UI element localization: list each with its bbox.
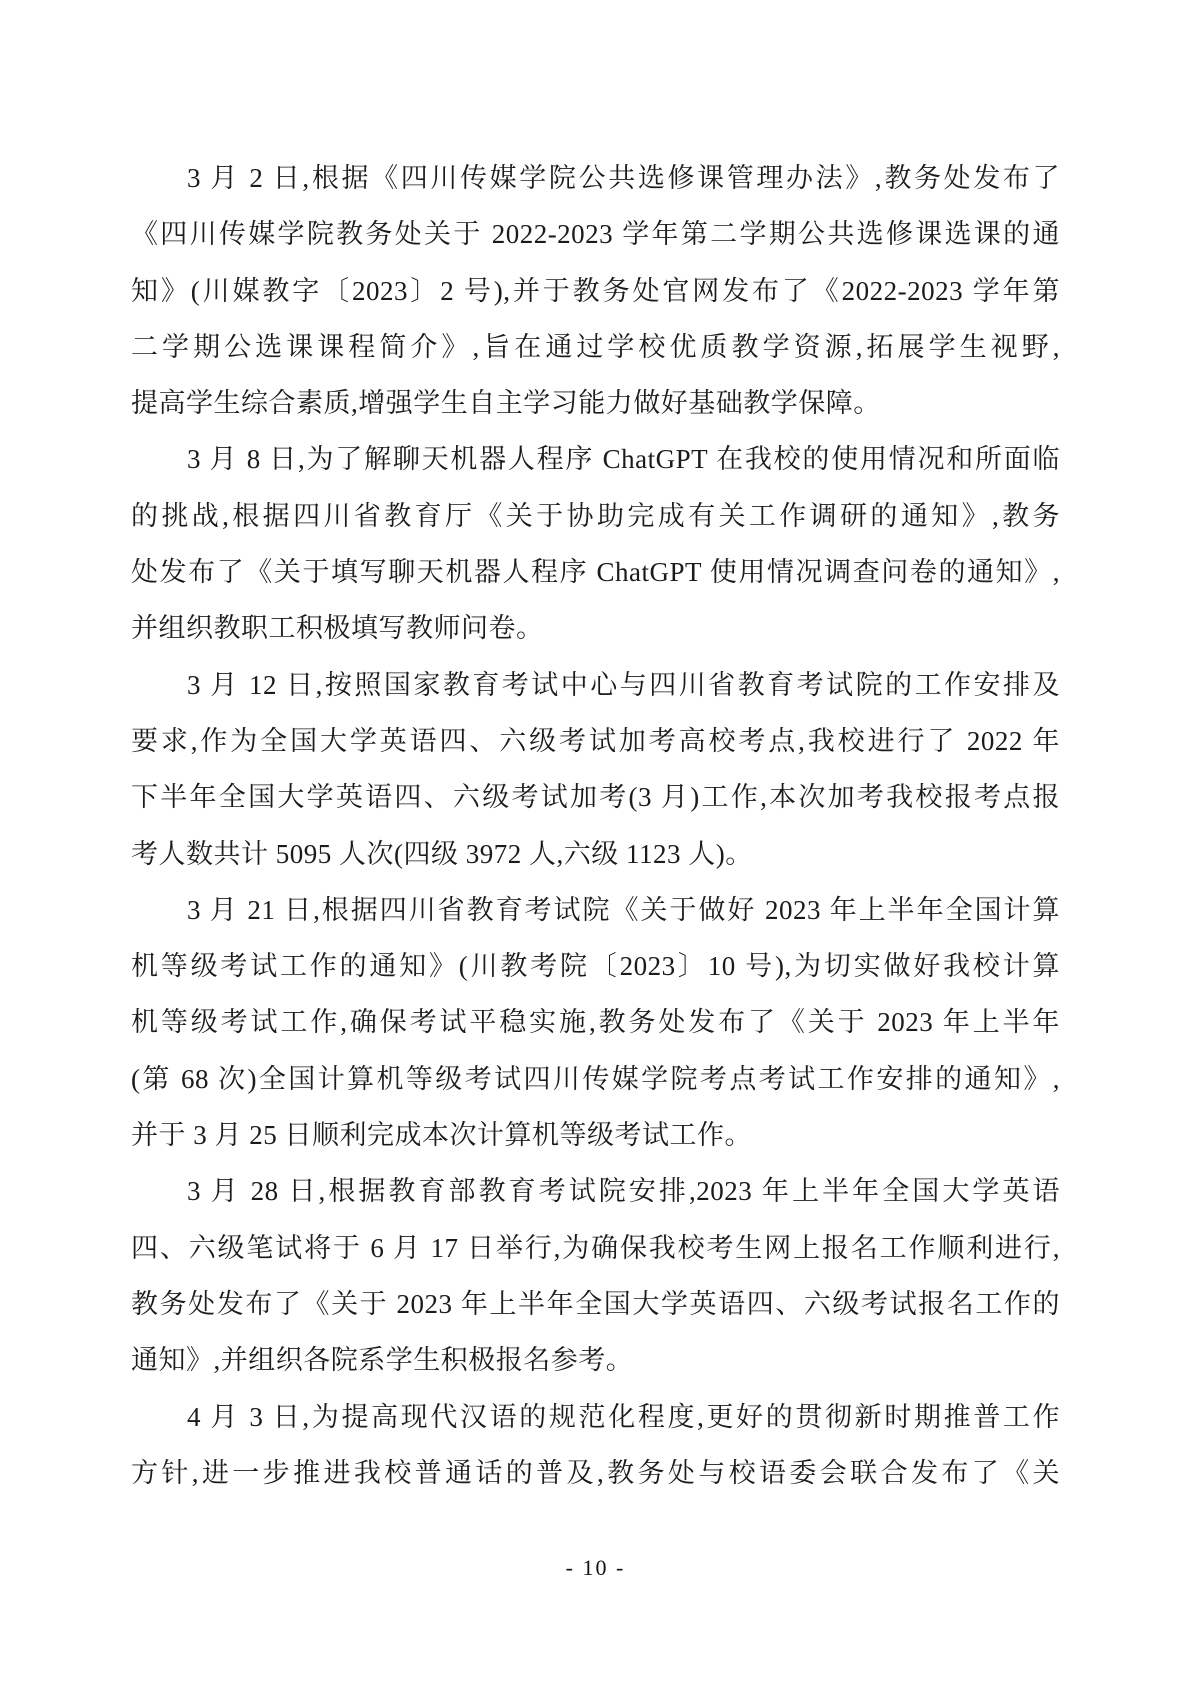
text-line: 知》(川媒教字〔2023〕2 号),并于教务处官网发布了《2022-2023 学…: [131, 263, 1060, 319]
text-line: 并于 3 月 25 日顺利完成本次计算机等级考试工作。: [131, 1107, 1060, 1163]
text-line: 机等级考试工作的通知》(川教考院〔2023〕10 号),为切实做好我校计算: [131, 938, 1060, 994]
paragraph: 3 月 28 日,根据教育部教育考试院安排,2023 年上半年全国大学英语 四、…: [131, 1163, 1060, 1388]
text-line: 4 月 3 日,为提高现代汉语的规范化程度,更好的贯彻新时期推普工作: [131, 1389, 1060, 1445]
text-line: 机等级考试工作,确保考试平稳实施,教务处发布了《关于 2023 年上半年: [131, 994, 1060, 1050]
text-line: (第 68 次)全国计算机等级考试四川传媒学院考点考试工作安排的通知》,: [131, 1051, 1060, 1107]
document-page: 3 月 2 日,根据《四川传媒学院公共选修课管理办法》,教务处发布了 《四川传媒…: [0, 0, 1191, 1684]
text-line: 《四川传媒学院教务处关于 2022-2023 学年第二学期公共选修课选课的通: [131, 206, 1060, 262]
document-body: 3 月 2 日,根据《四川传媒学院公共选修课管理办法》,教务处发布了 《四川传媒…: [131, 150, 1060, 1501]
text-line: 的挑战,根据四川省教育厅《关于协助完成有关工作调研的通知》,教务: [131, 488, 1060, 544]
text-line: 3 月 2 日,根据《四川传媒学院公共选修课管理办法》,教务处发布了: [131, 150, 1060, 206]
text-line: 方针,进一步推进我校普通话的普及,教务处与校语委会联合发布了《关: [131, 1445, 1060, 1501]
paragraph: 3 月 2 日,根据《四川传媒学院公共选修课管理办法》,教务处发布了 《四川传媒…: [131, 150, 1060, 431]
text-line: 考人数共计 5095 人次(四级 3972 人,六级 1123 人)。: [131, 826, 1060, 882]
paragraph: 3 月 21 日,根据四川省教育考试院《关于做好 2023 年上半年全国计算 机…: [131, 882, 1060, 1163]
text-line: 3 月 8 日,为了解聊天机器人程序 ChatGPT 在我校的使用情况和所面临: [131, 431, 1060, 487]
page-number: - 10 -: [0, 1552, 1191, 1584]
text-line: 下半年全国大学英语四、六级考试加考(3 月)工作,本次加考我校报考点报: [131, 769, 1060, 825]
text-line: 教务处发布了《关于 2023 年上半年全国大学英语四、六级考试报名工作的: [131, 1276, 1060, 1332]
text-line: 3 月 12 日,按照国家教育考试中心与四川省教育考试院的工作安排及: [131, 657, 1060, 713]
text-line: 3 月 28 日,根据教育部教育考试院安排,2023 年上半年全国大学英语: [131, 1163, 1060, 1219]
text-line: 要求,作为全国大学英语四、六级考试加考高校考点,我校进行了 2022 年: [131, 713, 1060, 769]
text-line: 四、六级笔试将于 6 月 17 日举行,为确保我校考生网上报名工作顺利进行,: [131, 1220, 1060, 1276]
text-line: 处发布了《关于填写聊天机器人程序 ChatGPT 使用情况调查问卷的通知》,: [131, 544, 1060, 600]
text-line: 并组织教职工积极填写教师问卷。: [131, 600, 1060, 656]
text-line: 提高学生综合素质,增强学生自主学习能力做好基础教学保障。: [131, 375, 1060, 431]
text-line: 通知》,并组织各院系学生积极报名参考。: [131, 1332, 1060, 1388]
paragraph: 3 月 8 日,为了解聊天机器人程序 ChatGPT 在我校的使用情况和所面临 …: [131, 431, 1060, 656]
text-line: 3 月 21 日,根据四川省教育考试院《关于做好 2023 年上半年全国计算: [131, 882, 1060, 938]
paragraph: 3 月 12 日,按照国家教育考试中心与四川省教育考试院的工作安排及 要求,作为…: [131, 657, 1060, 882]
paragraph: 4 月 3 日,为提高现代汉语的规范化程度,更好的贯彻新时期推普工作 方针,进一…: [131, 1389, 1060, 1502]
text-line: 二学期公选课课程简介》,旨在通过学校优质教学资源,拓展学生视野,: [131, 319, 1060, 375]
